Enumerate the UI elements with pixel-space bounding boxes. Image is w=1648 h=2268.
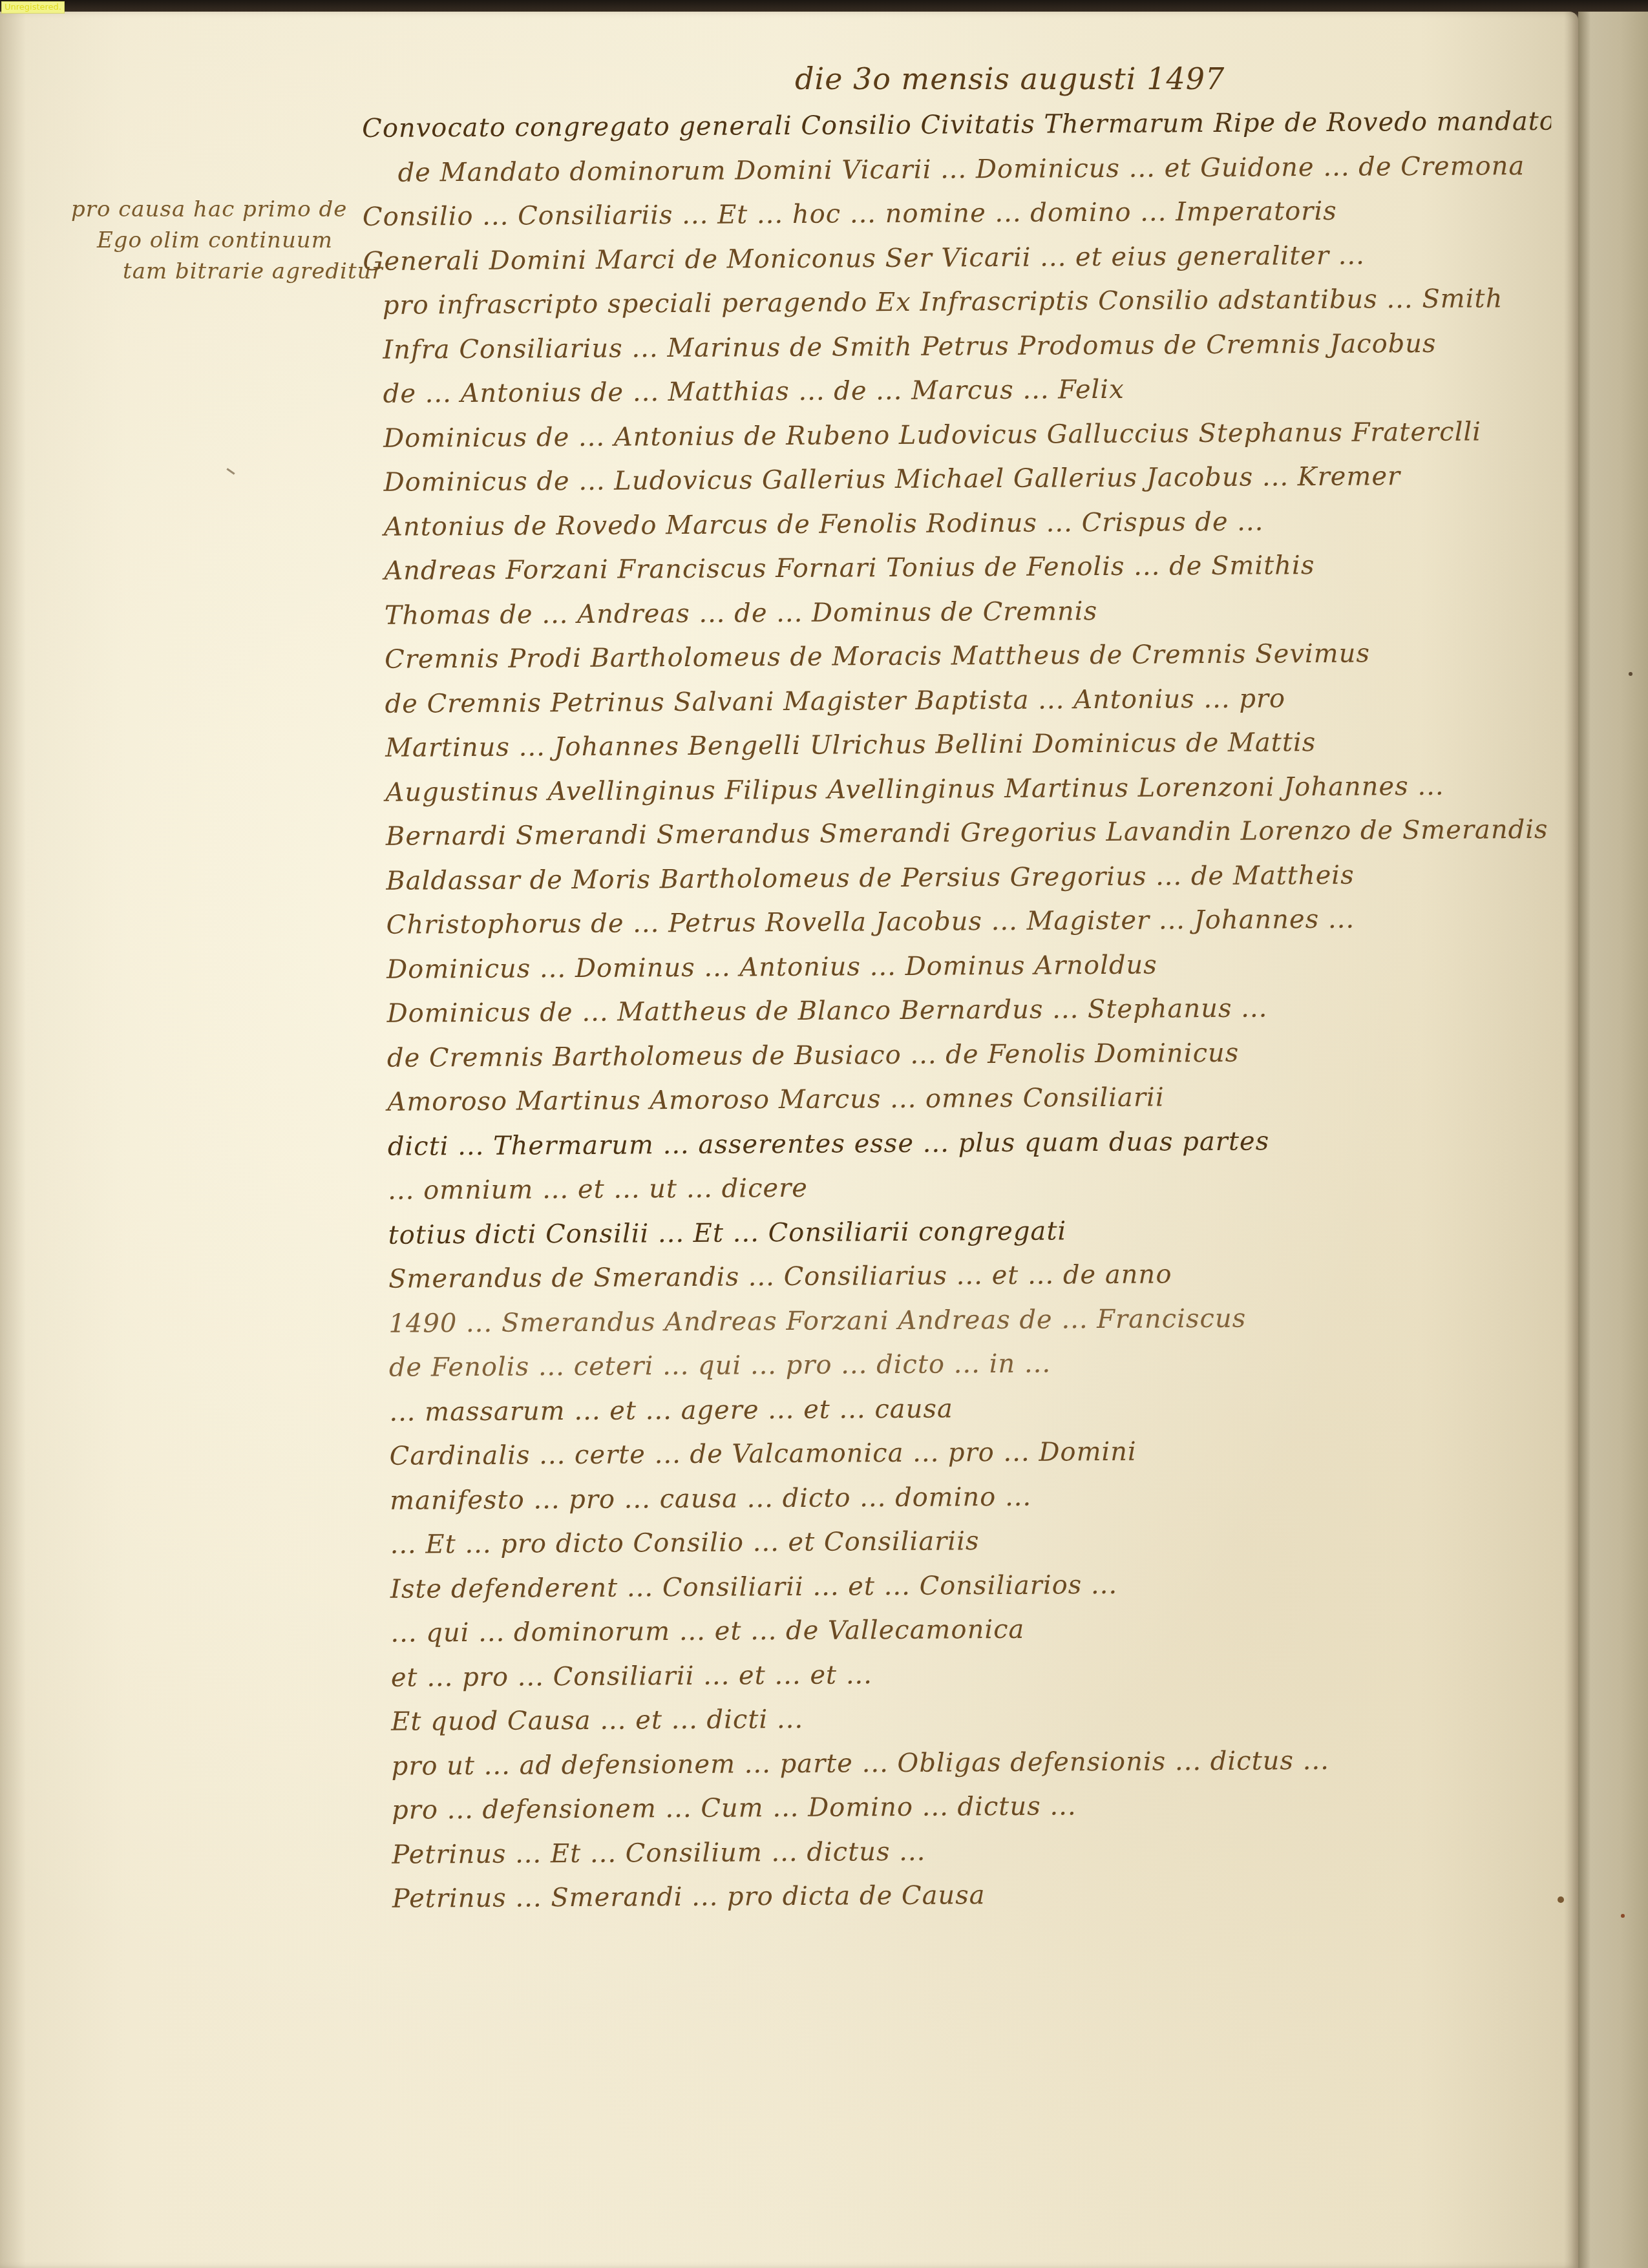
body-line: dicti ... Thermarum ... asserentes esse … xyxy=(368,1117,1558,1169)
body-line: Bernardi Smerandi Smerandus Smerandi Gre… xyxy=(366,808,1556,859)
facing-page-edge xyxy=(1578,12,1648,2268)
margin-annotation-line: tam bitrarie agreditur xyxy=(71,256,407,287)
body-line: Consilio ... Consiliariis ... Et ... hoc… xyxy=(363,188,1552,240)
margin-annotation-line: Ego olim continuum xyxy=(71,225,407,256)
page-left-edge xyxy=(0,12,26,2268)
body-line: Dominicus de ... Ludovicus Gallerius Mic… xyxy=(364,454,1553,505)
body-line: Cardinalis ... certe ... de Valcamonica … xyxy=(370,1427,1559,1479)
body-line: ... qui ... dominorum ... et ... de Vall… xyxy=(371,1604,1560,1656)
body-line: Augustinus Avellinginus Filipus Avelling… xyxy=(366,763,1555,815)
body-line: Dominicus de ... Antonius de Rubeno Ludo… xyxy=(364,409,1553,461)
body-line: de Cremnis Petrinus Salvani Magister Bap… xyxy=(365,675,1554,726)
body-line: totius dicti Consilii ... Et ... Consili… xyxy=(368,1206,1558,1257)
body-line: Martinus ... Johannes Bengelli Ulrichus … xyxy=(366,719,1555,771)
body-line: Infra Consiliarius ... Marinus de Smith … xyxy=(363,320,1552,372)
body-line: pro infrascripto speciali peragendo Ex I… xyxy=(363,277,1552,328)
body-line: Thomas de ... Andreas ... de ... Dominus… xyxy=(365,586,1554,638)
body-line: Et quod Causa ... et ... dicti ... xyxy=(372,1693,1561,1745)
body-line: Smerandus de Smerandis ... Consiliarius … xyxy=(369,1250,1558,1302)
unregistered-overlay-label: Unregistered. xyxy=(1,1,65,14)
margin-annotation-line: pro causa hac primo de xyxy=(71,194,407,225)
body-line: ... Et ... pro dicto Consilio ... et Con… xyxy=(370,1516,1559,1568)
body-line: ... massarum ... et ... agere ... et ...… xyxy=(370,1383,1559,1434)
paper-speck xyxy=(1629,672,1632,676)
body-line: Generali Domini Marci de Moniconus Ser V… xyxy=(363,232,1552,284)
body-line: 1490 ... Smerandus Andreas Forzani Andre… xyxy=(369,1294,1558,1346)
body-line: Antonius de Rovedo Marcus de Fenolis Rod… xyxy=(364,498,1554,549)
margin-annotation: pro causa hac primo de Ego olim continuu… xyxy=(71,194,407,287)
body-line: pro ... defensionem ... Cum ... Domino .… xyxy=(372,1781,1561,1833)
body-line: Iste defenderent ... Consiliarii ... et … xyxy=(371,1560,1560,1612)
page-date-heading: die 3o mensis augusti 1497 xyxy=(795,61,1225,96)
body-line: de Cremnis Bartholomeus de Busiaco ... d… xyxy=(368,1029,1557,1080)
paper-speck xyxy=(1621,1914,1625,1918)
body-line: Andreas Forzani Franciscus Fornari Toniu… xyxy=(364,542,1554,594)
body-line: manifesto ... pro ... causa ... dicto ..… xyxy=(370,1471,1559,1523)
body-line: Cremnis Prodi Bartholomeus de Moracis Ma… xyxy=(365,631,1554,682)
body-line: de Mandato dominorum Domini Vicarii ... … xyxy=(362,143,1551,195)
body-line: Christophorus de ... Petrus Rovella Jaco… xyxy=(367,896,1556,948)
body-line: et ... pro ... Consiliarii ... et ... et… xyxy=(372,1648,1561,1700)
body-line: de ... Antonius de ... Matthias ... de .… xyxy=(364,365,1553,417)
body-line: Dominicus ... Dominus ... Antonius ... D… xyxy=(367,940,1556,992)
body-line: de Fenolis ... ceteri ... qui ... pro ..… xyxy=(370,1339,1559,1391)
body-line: Petrinus ... Smerandi ... pro dicta de C… xyxy=(373,1870,1562,1922)
manuscript-body: Convocato congregato generali Consilio C… xyxy=(362,100,1562,1922)
body-line: Baldassar de Moris Bartholomeus de Persi… xyxy=(366,852,1556,903)
body-line: pro ut ... ad defensionem ... parte ... … xyxy=(372,1737,1561,1789)
body-line: ... omnium ... et ... ut ... dicere xyxy=(368,1162,1558,1213)
body-line: Dominicus de ... Mattheus de Blanco Bern… xyxy=(367,985,1556,1036)
body-line: Amoroso Martinus Amoroso Marcus ... omne… xyxy=(368,1073,1557,1125)
body-line: Petrinus ... Et ... Consilium ... dictus… xyxy=(372,1825,1561,1877)
body-line: Convocato congregato generali Consilio C… xyxy=(362,100,1551,151)
paper-speck xyxy=(1558,1896,1564,1903)
